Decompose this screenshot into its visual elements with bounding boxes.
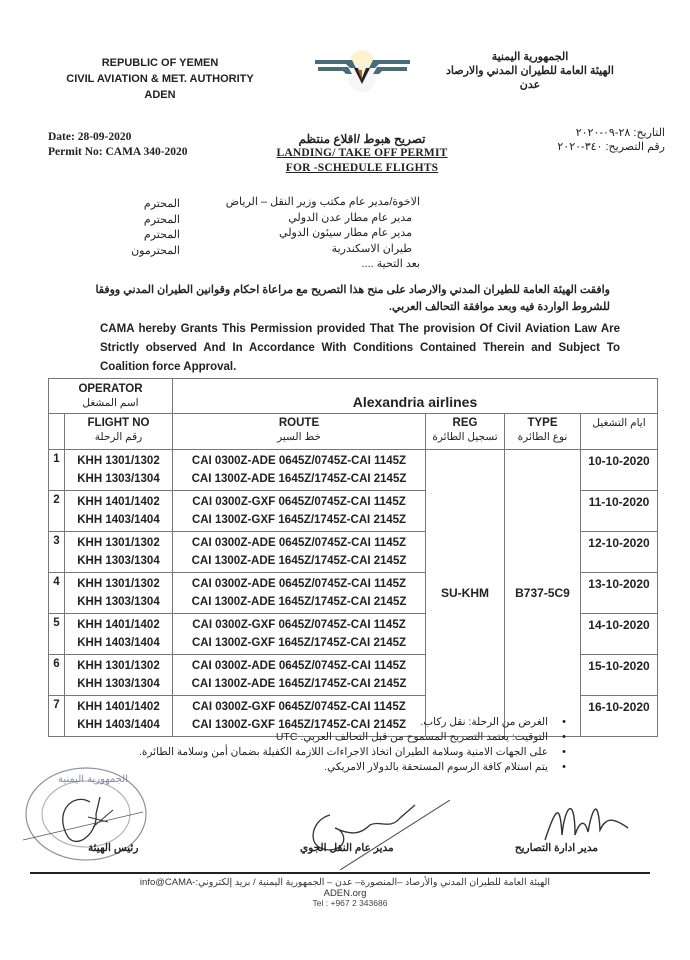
route-1: CAI 0300Z-GXF 0645Z/0745Z-CAI 1145Z bbox=[173, 616, 425, 634]
official-stamp-icon: الجمهورية اليمنية bbox=[18, 762, 148, 872]
table-row: 1 KHH 1301/1302KHH 1303/1304 CAI 0300Z-A… bbox=[49, 450, 658, 491]
honorific: المحترم bbox=[110, 228, 180, 244]
route-1: CAI 0300Z-ADE 0645Z/0745Z-CAI 1145Z bbox=[173, 575, 425, 593]
operation-date: 13-10-2020 bbox=[581, 573, 658, 614]
header-en-line-3: ADEN bbox=[40, 87, 280, 103]
route-2: CAI 1300Z-ADE 1645Z/1745Z-CAI 2145Z bbox=[173, 470, 425, 488]
title-en-line-2: FOR -SCHEDULE FLIGHTS bbox=[262, 161, 462, 176]
aircraft-reg: SU-KHM bbox=[426, 450, 505, 737]
permit-title: تصريح هبوط /اقلاع منتظم LANDING/ TAKE OF… bbox=[262, 132, 462, 176]
header-type-label: TYPE bbox=[527, 417, 557, 429]
header-ar-line-3: عدن bbox=[415, 78, 645, 92]
flight-numbers: KHH 1301/1302KHH 1303/1304 bbox=[65, 655, 173, 696]
route-2: CAI 1300Z-ADE 1645Z/1745Z-CAI 2145Z bbox=[173, 593, 425, 611]
header-index bbox=[49, 414, 65, 450]
row-index: 4 bbox=[49, 573, 65, 614]
flight-numbers: KHH 1301/1302KHH 1303/1304 bbox=[65, 573, 173, 614]
row-index: 6 bbox=[49, 655, 65, 696]
flight-numbers: KHH 1301/1302KHH 1303/1304 bbox=[65, 532, 173, 573]
honorifics-list: المحترم المحترم المحترم المحترمون bbox=[110, 197, 180, 259]
route: CAI 0300Z-ADE 0645Z/0745Z-CAI 1145ZCAI 1… bbox=[173, 573, 426, 614]
title-arabic: تصريح هبوط /اقلاع منتظم bbox=[262, 132, 462, 146]
title-en-line-1: LANDING/ TAKE OFF PERMIT bbox=[262, 146, 462, 161]
flight-no-1: KHH 1301/1302 bbox=[65, 575, 172, 593]
header-type: TYPE نوع الطائرة bbox=[505, 414, 581, 450]
header-days: ايام التشغيل bbox=[581, 414, 658, 450]
route: CAI 0300Z-ADE 0645Z/0745Z-CAI 1145ZCAI 1… bbox=[173, 655, 426, 696]
approval-paragraph-english: CAMA hereby Grants This Permission provi… bbox=[100, 320, 620, 377]
approval-paragraph-arabic: وافقت الهيئة العامة للطيران المدني والار… bbox=[90, 282, 610, 316]
column-header-row: FLIGHT NO رقم الرحلة ROUTE خط السير REG … bbox=[49, 414, 658, 450]
header-arabic: الجمهورية اليمنية الهيئة العامة للطيران … bbox=[415, 50, 645, 92]
air-transport-director-label: مدير عام النقل الجوي bbox=[300, 842, 394, 854]
flight-no-1: KHH 1301/1302 bbox=[65, 534, 172, 552]
flight-no-2: KHH 1303/1304 bbox=[65, 593, 172, 611]
operation-date: 12-10-2020 bbox=[581, 532, 658, 573]
signature-permits-director-icon bbox=[540, 790, 630, 850]
permits-director-label: مدير ادارة التصاريح bbox=[515, 842, 598, 854]
header-reg-label: REG bbox=[453, 417, 478, 429]
svg-text:الجمهورية اليمنية: الجمهورية اليمنية bbox=[58, 774, 128, 785]
header-flight-no-ar: رقم الرحلة bbox=[65, 430, 172, 444]
permit-meta-arabic: التاريخ: ٢٨-٠٩-٢٠٢٠ رقم التصريح: ٣٤٠-٢٠٢… bbox=[557, 126, 665, 154]
flight-numbers: KHH 1401/1402KHH 1403/1404 bbox=[65, 491, 173, 532]
date-en: Date: 28-09-2020 bbox=[48, 130, 188, 145]
route-1: CAI 0300Z-GXF 0645Z/0745Z-CAI 1145Z bbox=[173, 493, 425, 511]
row-index: 3 bbox=[49, 532, 65, 573]
flight-schedule-table: OPERATOR اسم المشغل Alexandria airlines … bbox=[48, 378, 658, 737]
row-index: 2 bbox=[49, 491, 65, 532]
permit-no-en: Permit No: CAMA 340-2020 bbox=[48, 145, 188, 160]
header-route-ar: خط السير bbox=[173, 430, 425, 444]
header-ar-line-2: الهيئة العامة للطيران المدني والارصاد bbox=[415, 64, 645, 78]
flight-no-2: KHH 1403/1404 bbox=[65, 634, 172, 652]
route-1: CAI 0300Z-GXF 0645Z/0745Z-CAI 1145Z bbox=[173, 698, 425, 716]
header-reg: REG تسجيل الطائرة bbox=[426, 414, 505, 450]
aircraft-type: B737-5C9 bbox=[505, 450, 581, 737]
route: CAI 0300Z-GXF 0645Z/0745Z-CAI 1145ZCAI 1… bbox=[173, 491, 426, 532]
flight-no-2: KHH 1403/1404 bbox=[65, 511, 172, 529]
header-reg-ar: تسجيل الطائرة bbox=[426, 430, 504, 444]
route-2: CAI 1300Z-ADE 1645Z/1745Z-CAI 2145Z bbox=[173, 552, 425, 570]
operator-label: OPERATOR bbox=[78, 383, 142, 395]
row-index: 7 bbox=[49, 696, 65, 737]
operator-name: Alexandria airlines bbox=[173, 379, 658, 414]
route-2: CAI 1300Z-GXF 1645Z/1745Z-CAI 2145Z bbox=[173, 511, 425, 529]
signature-air-transport-icon bbox=[300, 790, 450, 870]
header-route-label: ROUTE bbox=[279, 417, 319, 429]
flight-numbers: KHH 1401/1402KHH 1403/1404 bbox=[65, 614, 173, 655]
route: CAI 0300Z-ADE 0645Z/0745Z-CAI 1145ZCAI 1… bbox=[173, 532, 426, 573]
condition-item: الغرض من الرحلة: نقل ركاب. bbox=[130, 715, 570, 730]
date-ar: التاريخ: ٢٨-٠٩-٢٠٢٠ bbox=[557, 126, 665, 140]
header-en-line-2: CIVIL AVIATION & MET. AUTHORITY bbox=[40, 71, 280, 87]
operation-date: 10-10-2020 bbox=[581, 450, 658, 491]
flight-no-1: KHH 1401/1402 bbox=[65, 616, 172, 634]
header-flight-no-label: FLIGHT NO bbox=[88, 417, 150, 429]
operator-row: OPERATOR اسم المشغل Alexandria airlines bbox=[49, 379, 658, 414]
header-days-ar: ايام التشغيل bbox=[581, 416, 657, 430]
header-route: ROUTE خط السير bbox=[173, 414, 426, 450]
header-english: REPUBLIC OF YEMEN CIVIL AVIATION & MET. … bbox=[40, 55, 280, 103]
honorific: المحترم bbox=[110, 197, 180, 213]
permit-no-ar: رقم التصريح: ٣٤٠-٢٠٢٠ bbox=[557, 140, 665, 154]
operation-date: 11-10-2020 bbox=[581, 491, 658, 532]
footer-divider bbox=[30, 872, 650, 874]
honorific: المحترمون bbox=[110, 244, 180, 260]
flight-no-2: KHH 1303/1304 bbox=[65, 675, 172, 693]
footer-telephone: Tel : +967 2 343686 bbox=[300, 898, 400, 908]
operation-date: 16-10-2020 bbox=[581, 696, 658, 737]
route: CAI 0300Z-GXF 0645Z/0745Z-CAI 1145ZCAI 1… bbox=[173, 614, 426, 655]
condition-item: التوقيت: يعتمد التصريح المسموح من قبل ال… bbox=[130, 730, 570, 745]
header-flight-no: FLIGHT NO رقم الرحلة bbox=[65, 414, 173, 450]
header-en-line-1: REPUBLIC OF YEMEN bbox=[40, 55, 280, 71]
route-2: CAI 1300Z-ADE 1645Z/1745Z-CAI 2145Z bbox=[173, 675, 425, 693]
flight-no-2: KHH 1303/1304 bbox=[65, 552, 172, 570]
flight-no-1: KHH 1401/1402 bbox=[65, 493, 172, 511]
flight-no-1: KHH 1301/1302 bbox=[65, 452, 172, 470]
flight-numbers: KHH 1301/1302KHH 1303/1304 bbox=[65, 450, 173, 491]
flight-no-2: KHH 1303/1304 bbox=[65, 470, 172, 488]
flight-no-1: KHH 1301/1302 bbox=[65, 657, 172, 675]
route-1: CAI 0300Z-ADE 0645Z/0745Z-CAI 1145Z bbox=[173, 452, 425, 470]
header-type-ar: نوع الطائرة bbox=[505, 430, 580, 444]
condition-item: يتم استلام كافة الرسوم المستحقة بالدولار… bbox=[130, 760, 570, 775]
operator-label-ar: اسم المشغل bbox=[49, 396, 172, 410]
operator-label-cell: OPERATOR اسم المشغل bbox=[49, 379, 173, 414]
cama-logo-icon bbox=[310, 48, 415, 98]
operation-date: 14-10-2020 bbox=[581, 614, 658, 655]
permit-meta-english: Date: 28-09-2020 Permit No: CAMA 340-202… bbox=[48, 130, 188, 160]
authority-chairman-label: رئيس الهيئة bbox=[88, 842, 138, 854]
conditions-list: الغرض من الرحلة: نقل ركاب. التوقيت: يعتم… bbox=[130, 715, 570, 775]
honorific: المحترم bbox=[110, 213, 180, 229]
header-ar-line-1: الجمهورية اليمنية bbox=[415, 50, 645, 64]
operation-date: 15-10-2020 bbox=[581, 655, 658, 696]
row-index: 5 bbox=[49, 614, 65, 655]
route-1: CAI 0300Z-ADE 0645Z/0745Z-CAI 1145Z bbox=[173, 657, 425, 675]
route-1: CAI 0300Z-ADE 0645Z/0745Z-CAI 1145Z bbox=[173, 534, 425, 552]
route: CAI 0300Z-ADE 0645Z/0745Z-CAI 1145ZCAI 1… bbox=[173, 450, 426, 491]
row-index: 1 bbox=[49, 450, 65, 491]
flight-no-1: KHH 1401/1402 bbox=[65, 698, 172, 716]
footer-address: الهيئة العامة للطيران المدني والأرصاد –ا… bbox=[120, 877, 570, 899]
route-2: CAI 1300Z-GXF 1645Z/1745Z-CAI 2145Z bbox=[173, 634, 425, 652]
greeting-line: بعد التحية .... bbox=[120, 257, 420, 273]
condition-item: على الجهات الامنية وسلامة الطيران اتخاذ … bbox=[130, 745, 570, 760]
